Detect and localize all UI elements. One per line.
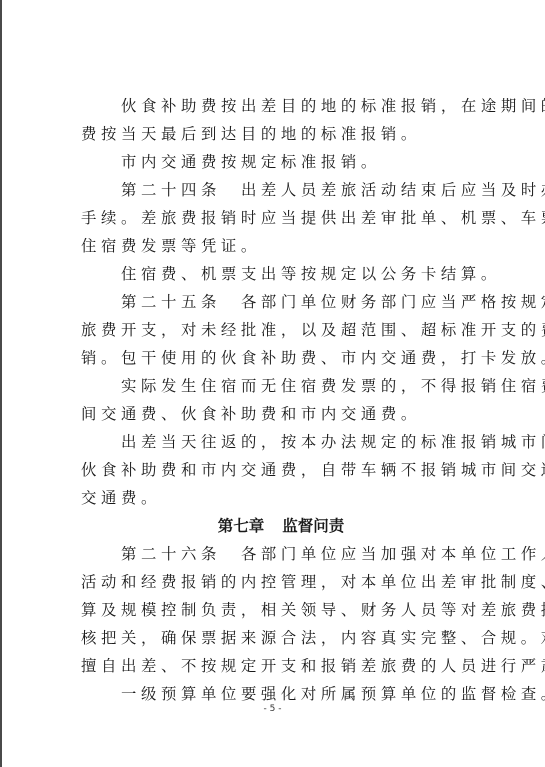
window-left-border [0, 0, 2, 767]
article-26-line: 第二十六条 各部门单位应当加强对本单位工作人员差旅 [81, 540, 481, 568]
paragraph-line: 核把关，确保票据来源合法，内容真实完整、合规。对未经批准 [81, 624, 481, 652]
paragraph-line: 擅自出差、不按规定开支和报销差旅费的人员进行严肃处理。 [81, 652, 481, 680]
article-25-line: 第二十五条 各部门单位财务部门应当严格按规定审核差 [81, 288, 481, 316]
paragraph-line: 市内交通费按规定标准报销。 [81, 148, 481, 176]
paragraph-line: 旅费开支，对未经批准，以及超范围、超标准开支的费用不予报 [81, 316, 481, 344]
paragraph-line: 手续。差旅费报销时应当提供出差审批单、机票、车票、船票、 [81, 204, 481, 232]
paragraph-line: 伙食补助费按出差目的地的标准报销，在途期间的伙食补助 [81, 92, 481, 120]
chapter-title: 监督问责 [282, 517, 344, 535]
paragraph-line: 活动和经费报销的内控管理，对本单位出差审批制度、差旅费预 [81, 568, 481, 596]
chapter-heading: 第七章监督问责 [81, 512, 481, 540]
chapter-number: 第七章 [218, 517, 265, 535]
paragraph-line: 销。包干使用的伙食补助费、市内交通费，打卡发放。 [81, 344, 481, 372]
paragraph-line: 费按当天最后到达目的地的标准报销。 [81, 120, 481, 148]
page-number: - 5 - [0, 704, 545, 714]
paragraph-line: 实际发生住宿而无住宿费发票的，不得报销住宿费以及城市 [81, 372, 481, 400]
paragraph-line: 算及规模控制负责，相关领导、财务人员等对差旅费报销进行审 [81, 596, 481, 624]
paragraph-line: 住宿费、机票支出等按规定以公务卡结算。 [81, 260, 481, 288]
article-24-line: 第二十四条 出差人员差旅活动结束后应当及时办理报销 [81, 176, 481, 204]
paragraph-line: 出差当天往返的，按本办法规定的标准报销城市间交通费、 [81, 428, 481, 456]
paragraph-line: 住宿费发票等凭证。 [81, 232, 481, 260]
paragraph-line: 伙食补助费和市内交通费，自带车辆不报销城市间交通费和市内 [81, 456, 481, 484]
document-page: 伙食补助费按出差目的地的标准报销，在途期间的伙食补助 费按当天最后到达目的地的标… [81, 92, 481, 708]
paragraph-line: 交通费。 [81, 484, 481, 512]
paragraph-line: 间交通费、伙食补助费和市内交通费。 [81, 400, 481, 428]
